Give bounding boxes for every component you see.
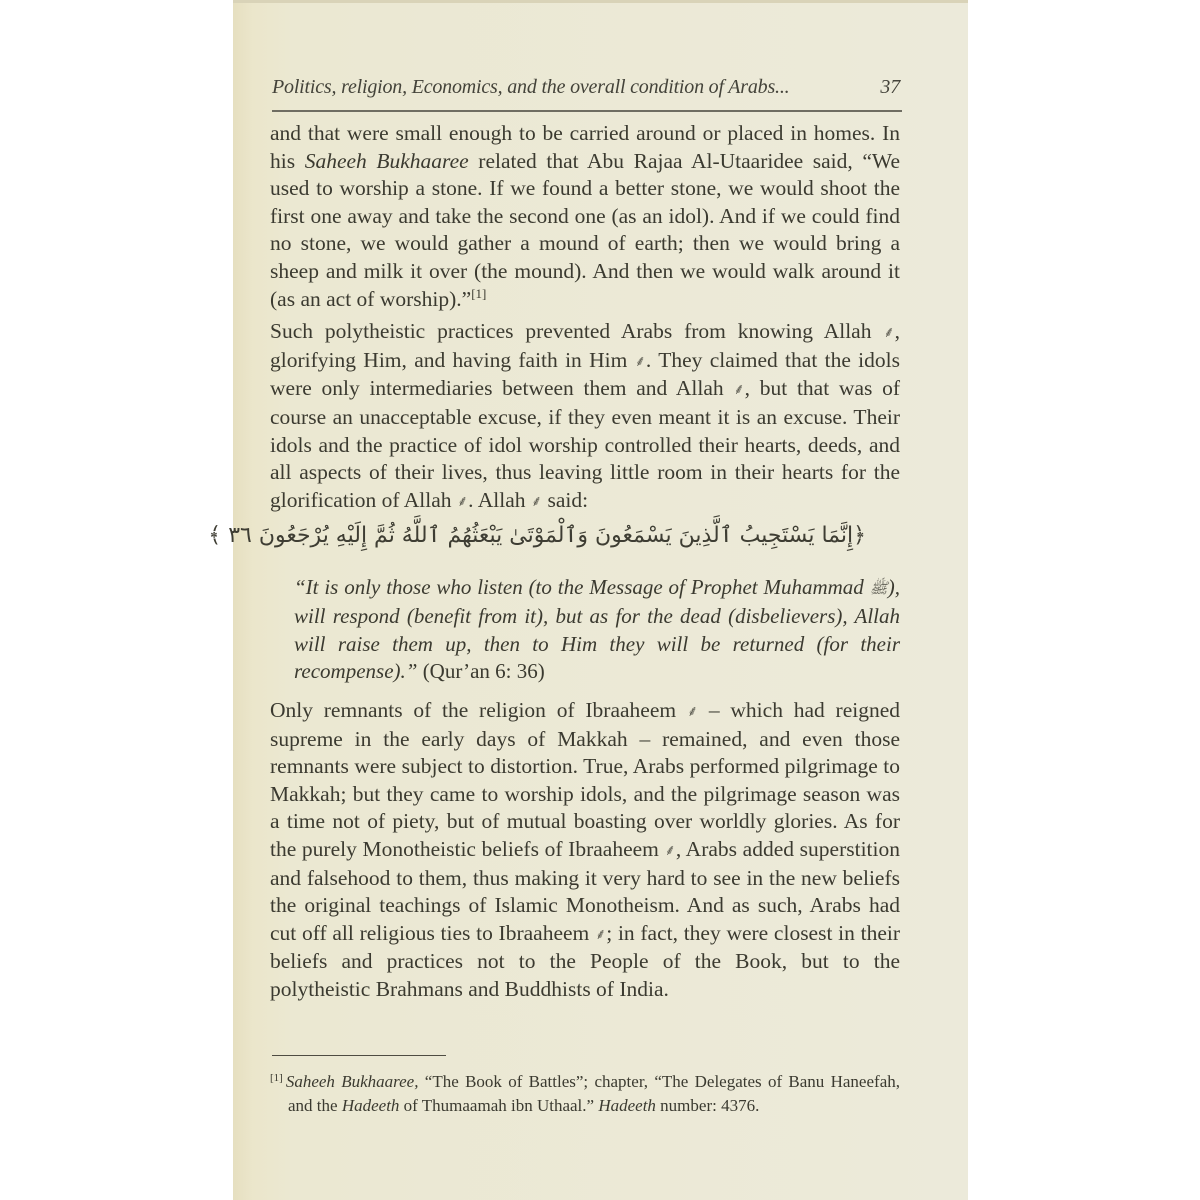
- paragraph-1: and that were small enough to be carried…: [270, 120, 900, 313]
- honorific-glyph-icon: ⸙: [457, 492, 468, 510]
- honorific-glyph-icon: ⸙: [635, 352, 646, 370]
- honorific-glyph-icon: ⸙: [665, 841, 676, 859]
- footnote-rule: [272, 1055, 446, 1056]
- honorific-glyph-icon: ⸙: [687, 702, 698, 720]
- verse-reference: (Qur’an 6: 36): [417, 659, 544, 683]
- footnote-mark: [1]: [270, 1072, 283, 1084]
- footnote: [1]Saheeh Bukhaaree, “The Book of Battle…: [270, 1070, 900, 1118]
- honorific-glyph-icon: ⸙: [595, 925, 606, 943]
- paragraph-3: Only remnants of the religion of Ibraahe…: [270, 697, 900, 1004]
- book-page: Politics, religion, Economics, and the o…: [233, 0, 968, 1200]
- honorific-glyph-icon: ⸙: [883, 323, 894, 341]
- honorific-glyph-icon: ⸙: [733, 380, 744, 398]
- body-text: and that were small enough to be carried…: [270, 120, 900, 515]
- paragraph-2: Such polytheistic practices prevented Ar…: [270, 318, 900, 515]
- page-number: 37: [880, 76, 900, 99]
- quran-verse-translation: “It is only those who listen (to the Mes…: [294, 574, 900, 686]
- running-head: Politics, religion, Economics, and the o…: [272, 76, 900, 106]
- footnote-book-title: Saheeh Bukhaaree,: [286, 1072, 419, 1091]
- honorific-glyph-icon: ⸙: [531, 492, 542, 510]
- running-head-title: Politics, religion, Economics, and the o…: [272, 76, 789, 99]
- honorific-glyph-icon: ﷺ: [870, 579, 888, 597]
- header-rule: [272, 110, 902, 112]
- quran-verse-arabic: ﴿إِنَّمَا يَسْتَجِيبُ ٱلَّذِينَ يَسْمَعُ…: [306, 523, 866, 548]
- book-title: Saheeh Bukhaaree: [305, 149, 469, 173]
- footnote-reference[interactable]: [1]: [471, 286, 486, 301]
